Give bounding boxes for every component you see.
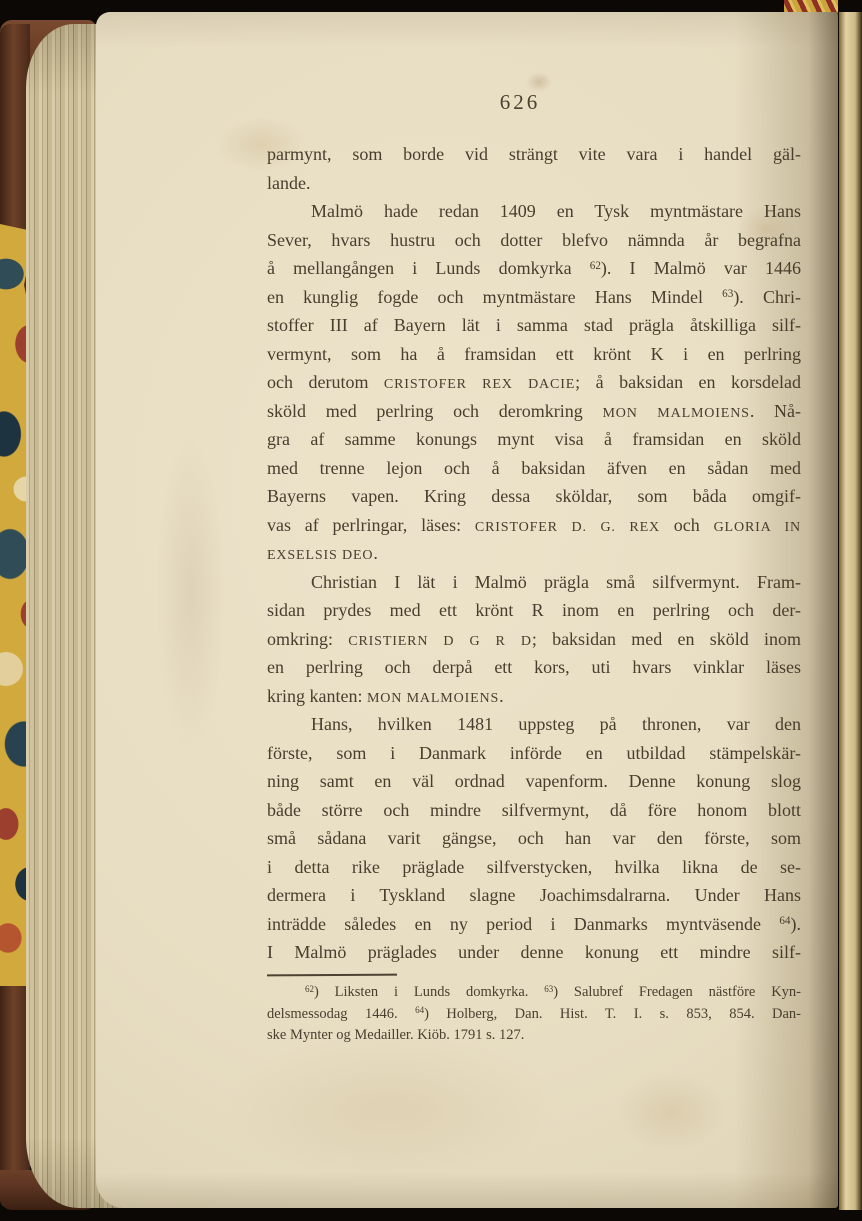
body-line: sidan prydes med ett krönt R inom en per…	[267, 596, 801, 625]
adjacent-page-edge	[839, 12, 862, 1210]
body-line: stoffer III af Bayern lät i samma stad p…	[267, 311, 801, 340]
body-line: lande.	[267, 169, 801, 198]
body-line: med trenne lejon och å baksidan äfven en…	[267, 454, 801, 483]
body-line: vas af perlringar, läses: CRISTOFER D. G…	[267, 511, 801, 540]
body-line: både större och mindre silfvermynt, då f…	[267, 796, 801, 825]
footnote-line: 62) Liksten i Lunds domkyrka. 63) Salubr…	[267, 982, 801, 1004]
body-line: vermynt, som ha å framsidan ett krönt K …	[267, 340, 801, 369]
body-line: inträdde således en ny period i Danmarks…	[267, 910, 801, 939]
paper-stain	[226, 1032, 556, 1182]
body-line: omkring: CRISTIERN D G R D; baksidan med…	[267, 625, 801, 654]
paper-stain	[616, 1072, 726, 1152]
body-line: gra af samme konungs mynt visa å framsid…	[267, 425, 801, 454]
paper-stain	[156, 432, 226, 752]
body-line: och derutom CRISTOFER REX DACIE; å baksi…	[267, 368, 801, 397]
body-line: Bayerns vapen. Kring dessa sköldar, som …	[267, 482, 801, 511]
footnote-line: delsmessodag 1446. 64) Holberg, Dan. His…	[267, 1004, 801, 1026]
body-line: parmynt, som borde vid strängt vite vara…	[267, 140, 801, 169]
page-number: 626	[253, 90, 787, 115]
body-line: en kunglig fogde och myntmästare Hans Mi…	[267, 283, 801, 312]
paper-stain	[526, 72, 552, 92]
body-line: EXSELSIS DEO.	[267, 539, 801, 568]
body-line: förste, som i Danmark införde en utbilda…	[267, 739, 801, 768]
body-text: parmynt, som borde vid strängt vite vara…	[267, 140, 801, 967]
body-line: dermera i Tyskland slagne Joachimsdalrar…	[267, 881, 801, 910]
body-line: Sever, hvars hustru och dotter blefvo nä…	[267, 226, 801, 255]
footnotes: 62) Liksten i Lunds domkyrka. 63) Salubr…	[267, 982, 801, 1047]
body-line: ning samt en väl ordnad vapenform. Denne…	[267, 767, 801, 796]
body-line: sköld med perlring och deromkring MON MA…	[267, 397, 801, 426]
body-line: små sådana varit gängse, och han var den…	[267, 824, 801, 853]
body-line: Christian I lät i Malmö prägla små silfv…	[267, 568, 801, 597]
body-line: å mellangången i Lunds domkyrka 62). I M…	[267, 254, 801, 283]
body-line: kring kanten: MON MALMOIENS.	[267, 682, 801, 711]
footnote-line: ske Mynter og Medailler. Kiöb. 1791 s. 1…	[267, 1025, 801, 1047]
book-page-photo: 626 parmynt, som borde vid strängt vite …	[0, 0, 862, 1221]
body-line: i detta rike präglade silfverstycken, hv…	[267, 853, 801, 882]
body-line: I Malmö präglades under denne konung ett…	[267, 938, 801, 967]
body-line: en perlring och derpå ett kors, uti hvar…	[267, 653, 801, 682]
book-page: 626 parmynt, som borde vid strängt vite …	[96, 12, 838, 1208]
footnote-rule	[267, 974, 397, 977]
body-line: Hans, hvilken 1481 uppsteg på thronen, v…	[267, 710, 801, 739]
body-line: Malmö hade redan 1409 en Tysk myntmästar…	[267, 197, 801, 226]
